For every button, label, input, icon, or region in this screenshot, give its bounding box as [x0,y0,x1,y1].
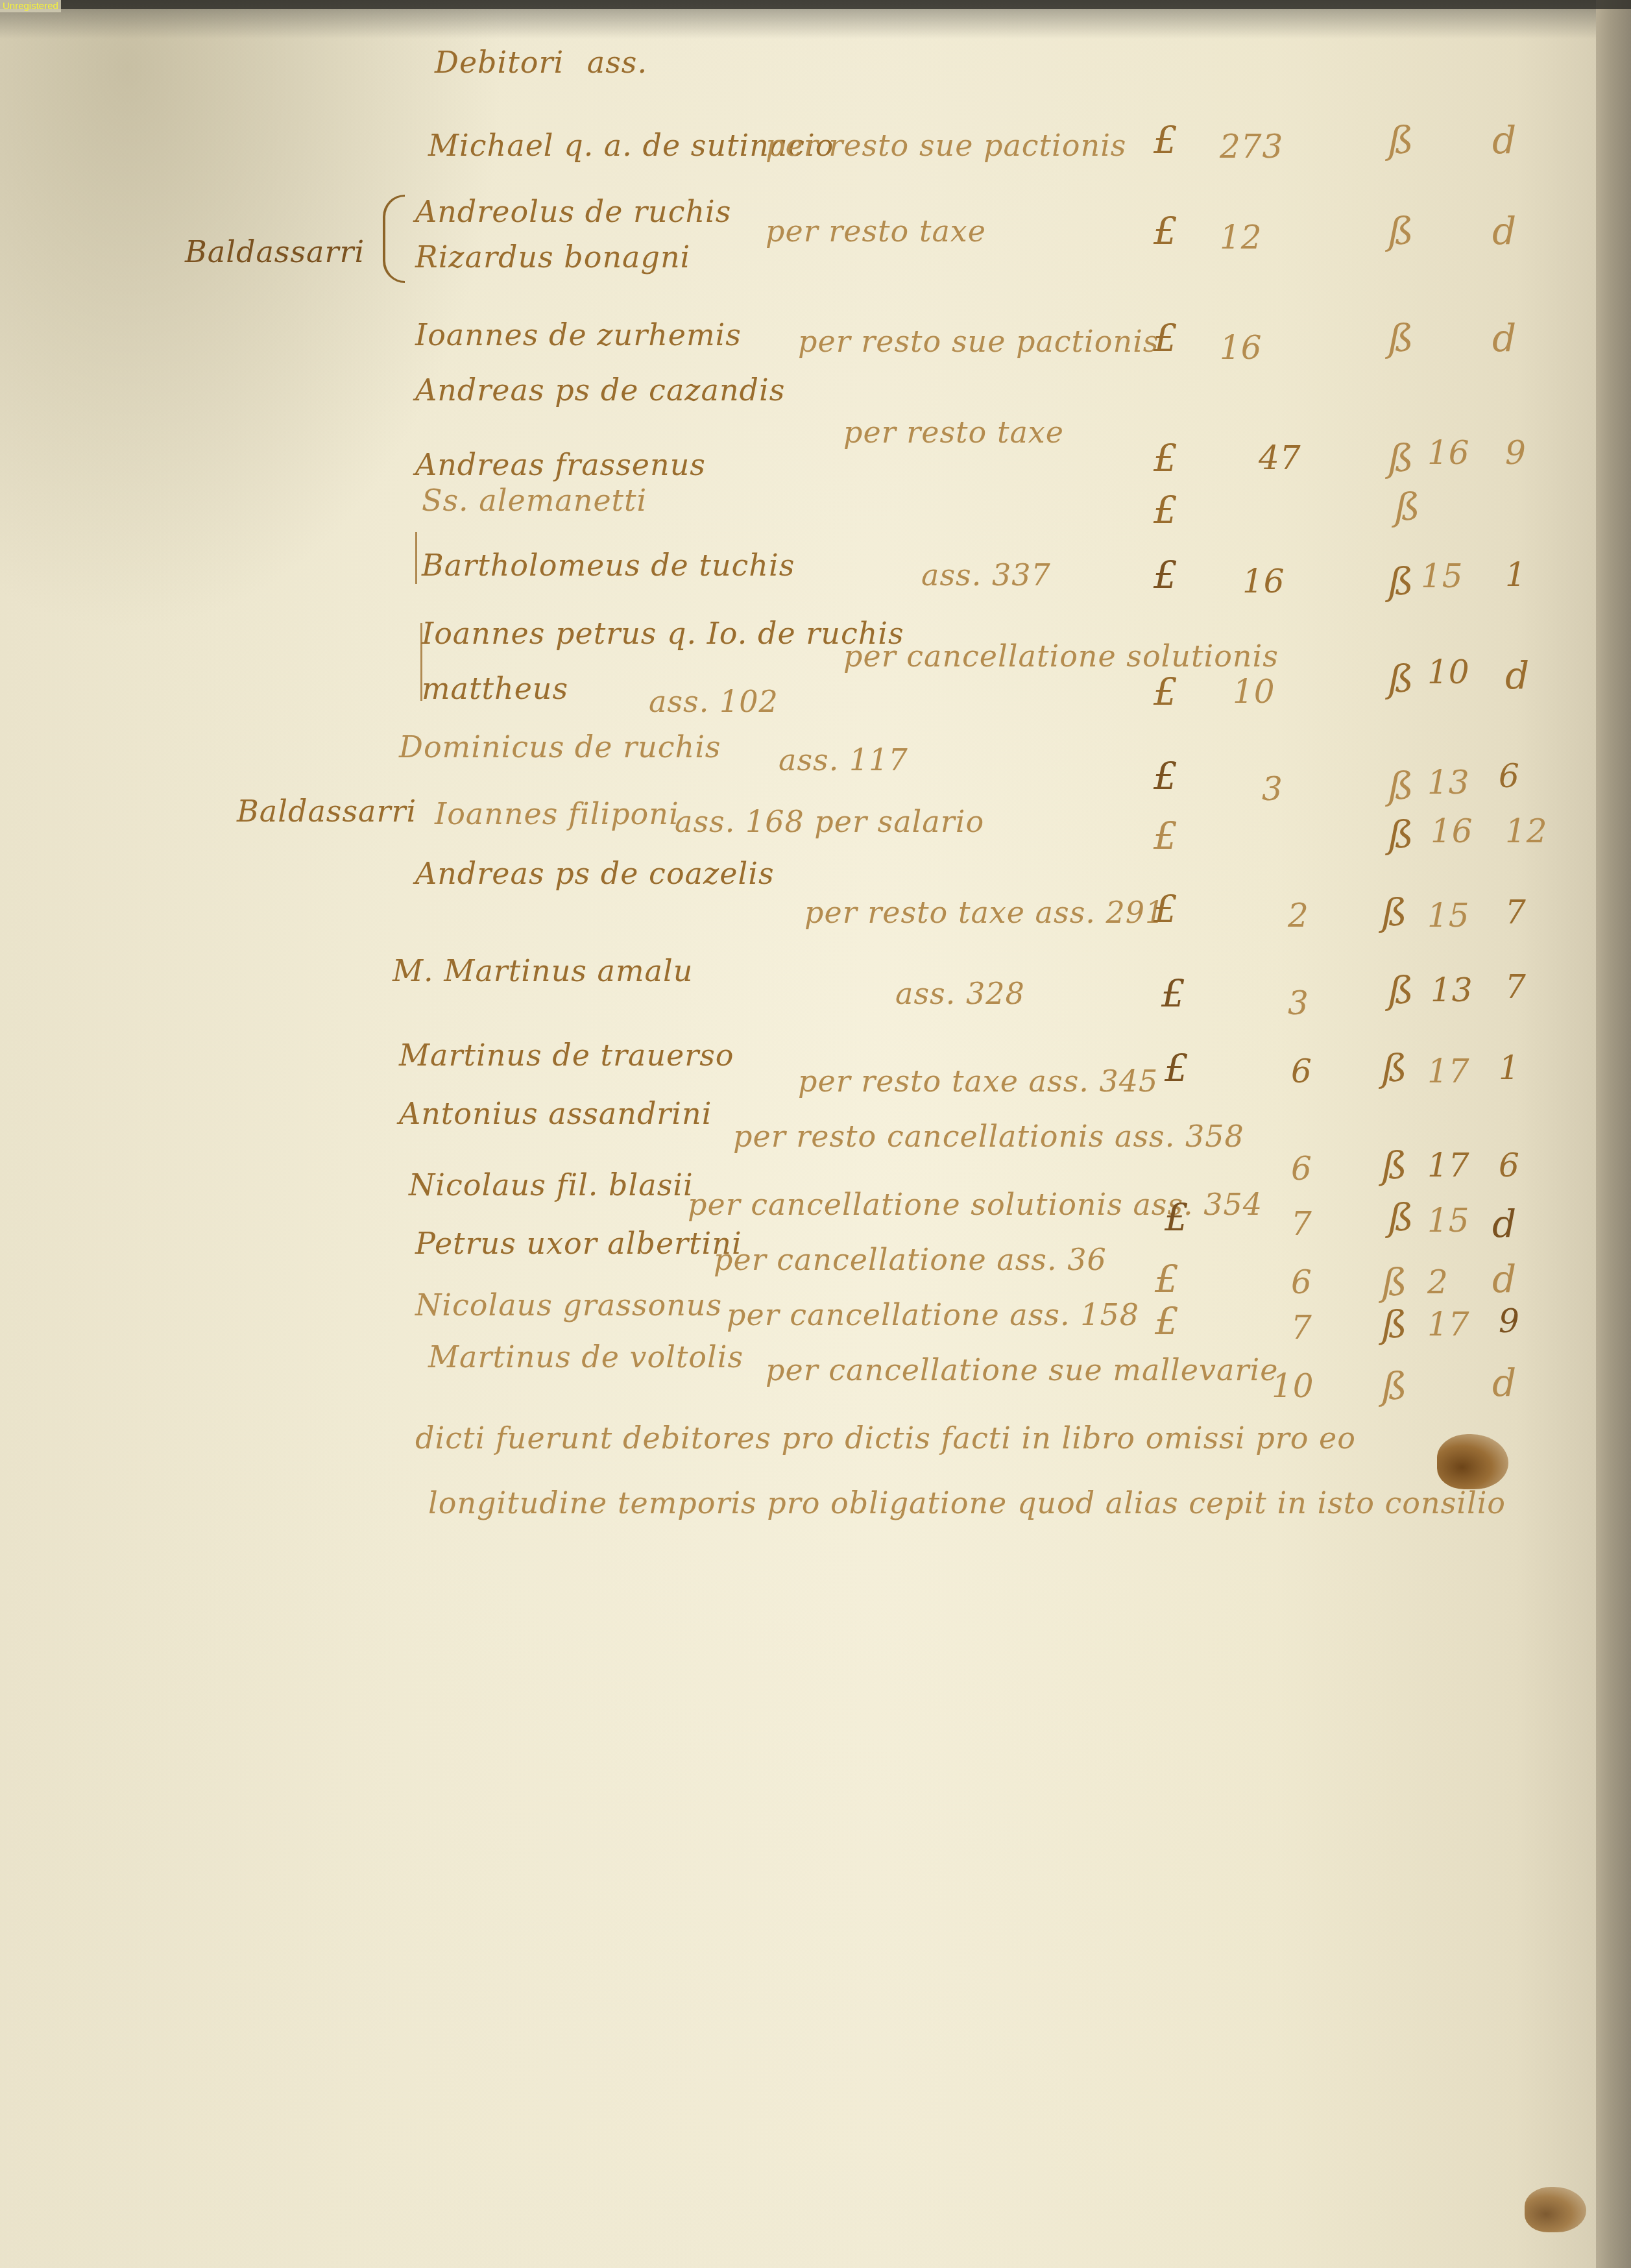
lire-symbol: £ [1154,441,1178,475]
entry-name: mattheus [422,672,568,705]
soldi-amount: 2 [1427,1265,1449,1299]
denari-symbol: d [1492,1207,1517,1241]
ruling-mark [415,532,417,584]
entry-note: per resto taxe ass. 291 [804,896,1165,929]
soldi-symbol: ß [1388,214,1414,248]
denari-amount: 9 [1499,1304,1520,1338]
entry-note: per resto taxe [843,415,1064,449]
ink-stain [1525,2187,1586,2232]
lire-symbol: £ [1155,1304,1179,1338]
entry-note: per cancellatione solutionis [843,639,1279,673]
entry-note: per cancellatione ass. 158 [727,1298,1139,1332]
entry-note: ass. 168 per salario [675,805,984,838]
soldi-symbol: ß [1388,662,1414,696]
soldi-amount: 17 [1427,1055,1470,1088]
lire-amount: 7 [1291,1207,1312,1241]
denari-amount: 9 [1505,436,1527,470]
footer-note-line: dicti fuerunt debitores pro dictis facti… [415,1421,1356,1455]
soldi-amount: 13 [1427,766,1470,799]
soldi-symbol: ß [1388,818,1414,851]
margin-note: Baldassarri [237,794,417,828]
soldi-amount: 17 [1427,1149,1470,1182]
heading-text: Debitori [435,45,564,80]
denari-symbol: d [1492,1366,1517,1400]
denari-symbol: d [1492,1262,1517,1296]
denari-symbol: d [1492,123,1517,157]
ledger-heading: Debitori ass. [435,45,647,79]
lire-symbol: £ [1154,759,1178,793]
lire-amount: 16 [1242,565,1285,598]
entry-name: Martinus de voltolis [428,1340,743,1374]
brace-bracket [383,195,405,283]
entry-name: Bartholomeus de tuchis [422,548,795,582]
soldi-symbol: ß [1395,490,1421,524]
lire-amount: 7 [1291,1311,1312,1345]
lire-symbol: £ [1154,493,1178,527]
lire-amount: 6 [1291,1265,1312,1299]
lire-amount: 10 [1233,675,1275,709]
entry-name: Martinus de trauerso [399,1038,734,1072]
lire-amount: 273 [1220,130,1283,164]
entry-note: ass. 328 [895,977,1025,1010]
denari-amount: 6 [1499,759,1520,793]
entry-name: Antonius assandrini [399,1097,712,1130]
soldi-amount: 15 [1427,1204,1470,1238]
denari-amount: 7 [1505,896,1527,929]
entry-name: Dominicus de ruchis [399,730,721,764]
lire-symbol: £ [1154,675,1178,709]
entry-note: per resto cancellationis ass. 358 [733,1119,1244,1153]
book-gutter [1596,0,1631,2268]
lire-symbol: £ [1154,558,1178,592]
lire-amount: 16 [1220,331,1263,365]
soldi-symbol: ß [1382,1308,1408,1341]
lire-symbol: £ [1155,1262,1179,1296]
soldi-symbol: ß [1382,1149,1408,1182]
entry-name: Petrus uxor albertini [415,1226,742,1260]
lire-amount: 3 [1288,986,1309,1020]
soldi-symbol: ß [1382,1265,1408,1299]
lire-symbol: £ [1154,321,1178,355]
denari-amount: 6 [1499,1149,1520,1182]
entry-name: Andreas ps de coazelis [415,857,775,890]
unregistered-watermark: Unregistered [0,0,61,12]
soldi-symbol: ß [1382,896,1408,929]
denari-symbol: d [1492,321,1517,355]
soldi-amount: 15 [1427,899,1470,933]
lire-symbol: £ [1165,1201,1189,1234]
soldi-symbol: ß [1388,1201,1414,1234]
lire-amount: 10 [1272,1369,1314,1403]
lire-amount: 6 [1291,1152,1312,1186]
lire-symbol: £ [1154,123,1178,157]
entry-name: Ioannes de zurhemis [415,318,742,352]
lire-amount: 12 [1220,221,1263,254]
lire-symbol: £ [1165,1051,1189,1085]
denari-amount: 12 [1505,814,1548,848]
soldi-amount: 10 [1427,655,1470,689]
lire-amount: 3 [1262,772,1283,806]
lire-amount: 2 [1288,899,1309,933]
lire-symbol: £ [1154,819,1178,853]
lire-symbol: £ [1154,892,1178,926]
entry-name: M. Martinus amalu [393,954,693,988]
soldi-symbol: ß [1388,565,1414,598]
entry-name: Nicolaus fil. blasii [409,1168,694,1202]
entry-note: per cancellatione sue mallevarie [766,1353,1278,1387]
soldi-symbol: ß [1388,123,1414,157]
entry-note: per resto taxe ass. 345 [798,1064,1158,1098]
soldi-amount: 17 [1427,1308,1470,1341]
lire-symbol: £ [1161,977,1186,1010]
entry-name: Nicolaus grassonus [415,1288,722,1322]
soldi-amount: 16 [1427,436,1470,470]
denari-symbol: d [1505,659,1530,692]
entry-note: ass. 102 [649,685,779,718]
entry-note: ass. 117 [779,743,908,777]
entry-note: per resto sue pactionis [766,128,1126,162]
denari-amount: 1 [1499,1051,1520,1085]
soldi-amount: 16 [1431,814,1473,848]
heading-suffix: ass. [587,45,647,80]
entry-name: Ss. alemanetti [422,483,647,517]
lire-amount: 47 [1259,441,1301,475]
soldi-symbol: ß [1382,1369,1408,1403]
denari-amount: 7 [1505,970,1527,1004]
entry-name: Rizardus bonagni [415,240,690,274]
entry-name: Andreolus de ruchis [415,195,731,228]
entry-note: per cancellatione ass. 36 [714,1243,1107,1276]
lire-amount: 6 [1291,1055,1312,1088]
footer-note-line: longitudine temporis pro obligatione quo… [428,1486,1506,1520]
entry-note: per resto taxe [766,214,986,248]
soldi-amount: 13 [1431,973,1473,1007]
margin-note: Baldassarri [185,235,365,269]
denari-amount: 1 [1505,558,1527,592]
soldi-amount: 15 [1421,559,1464,593]
entry-note: ass. 337 [921,558,1051,592]
entry-name: Ioannes filiponi [435,797,679,831]
soldi-symbol: ß [1388,441,1414,475]
denari-symbol: d [1492,214,1517,248]
entry-note: per resto sue pactionis [798,324,1159,358]
soldi-symbol: ß [1382,1051,1408,1085]
lire-symbol: £ [1154,214,1178,248]
soldi-symbol: ß [1388,321,1414,355]
entry-name: Ioannes petrus q. Io. de ruchis [422,616,904,650]
soldi-symbol: ß [1388,769,1414,803]
entry-name: Andreas ps de cazandis [415,373,785,407]
soldi-symbol: ß [1388,973,1414,1007]
ink-stain [1437,1434,1508,1489]
scan-top-edge [0,0,1631,9]
entry-name: Andreas frassenus [415,448,706,482]
